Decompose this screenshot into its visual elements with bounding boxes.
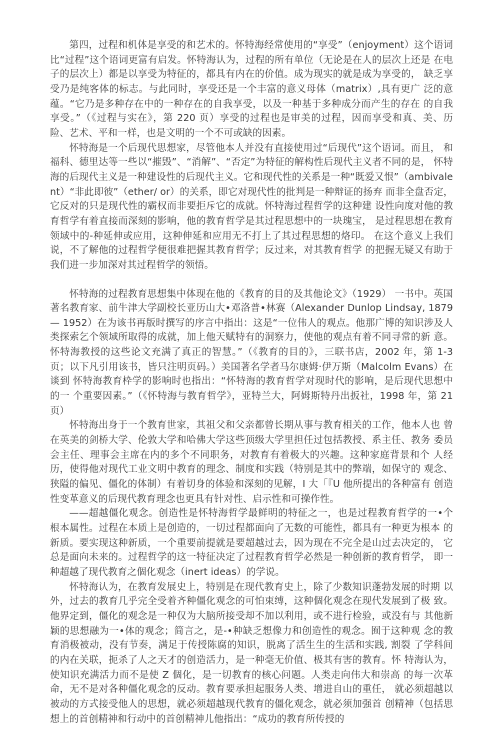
paragraph-postmodern-thinker: 怀特海是一个后现代思想家，尽管他本人并没有直接使用过“后现代”这个语词。而且， … <box>50 142 453 274</box>
paragraph-beyond-inert-ideas: ——超越僵化观念。创造性是怀特海哲学最鲜明的特征之一，也是过程教育哲学的一•个 … <box>50 507 453 580</box>
paragraph-spacer <box>50 274 453 288</box>
paragraph-inert-ideas-critique: 怀特海认为，在教育发展史上，特别是在现代教育史上，除了少数知识蓬勃发展的时期 以… <box>50 581 453 728</box>
paragraph-family-background: 怀特海出身于一个教育世家，其祖父和父亲都曾长期从事与教育相关的工作，他本人也 曾… <box>50 419 453 507</box>
paragraph-enjoyment: 第四，过程和机体是享受的和艺术的。怀特海经常使用的“享受”（enjoyment）… <box>50 39 453 142</box>
document-page: 第四，过程和机体是享受的和艺术的。怀特海经常使用的“享受”（enjoyment）… <box>50 39 453 727</box>
paragraph-aims-of-education: 怀特海的过程教育思想集中体现在他的《教育的目的及其他论文》（1929） 一书中。… <box>50 288 453 420</box>
